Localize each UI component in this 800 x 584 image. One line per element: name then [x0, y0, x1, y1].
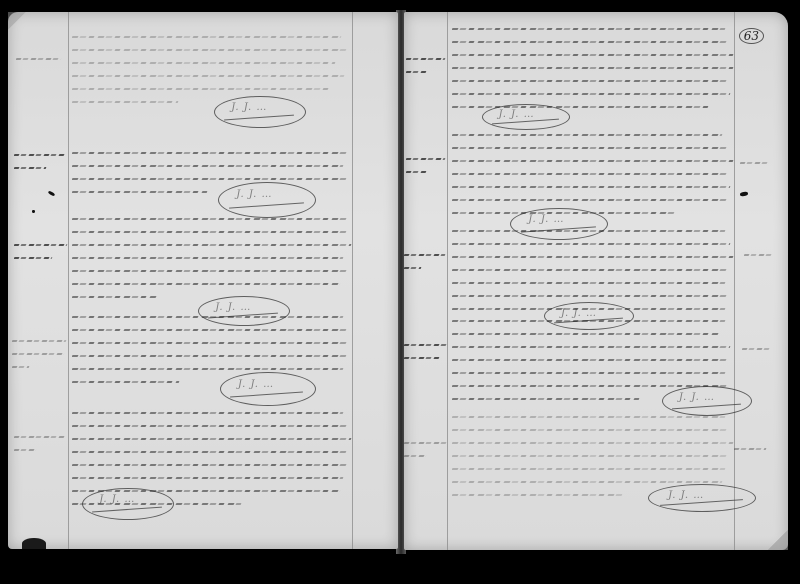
ink-blot [740, 191, 749, 196]
signature: J. J. … [220, 372, 316, 406]
corner-fold [768, 530, 788, 550]
right-margin-note: … [734, 442, 774, 455]
corner-fold [8, 12, 26, 30]
left-page: … J. J. … … …ll … hijo J. J. … En … y … [8, 12, 398, 549]
register-entry: En … y … [72, 212, 354, 303]
right-margin-note: … [740, 156, 776, 169]
right-page: 63 En … y … …Martinez … hijo J. J. … En … [404, 12, 788, 550]
margin-note: … … hijo [404, 436, 448, 462]
right-margin-note: … [742, 342, 778, 355]
margin-note: … Antonio … hijo [404, 248, 446, 274]
right-margin-note: … [744, 248, 780, 261]
margin-note: …ll Ramos … hijo [406, 152, 446, 178]
margin-note: …Carlos … hijo [404, 338, 448, 364]
ink-blot [48, 190, 56, 196]
margin-note: … hijo [12, 334, 68, 373]
ink-blot [32, 210, 35, 213]
register-entry: En … y … [452, 128, 736, 219]
signature: J. J. … [648, 484, 756, 512]
margin-note: …ll … hijo [14, 148, 68, 174]
margin-note [16, 52, 66, 65]
register-entry: … [72, 30, 352, 108]
signature: J. J. … [214, 96, 306, 128]
signature: J. J. … [82, 488, 174, 520]
register-entry: En … y … [72, 310, 354, 388]
page-number: 63 [739, 28, 764, 44]
margin-rule [447, 12, 448, 550]
signature: J. J. … [482, 104, 570, 130]
page-tear [22, 538, 46, 549]
register-entry: … [72, 146, 354, 198]
margin-rule [68, 12, 69, 549]
register-entry: En … y … [452, 22, 736, 113]
margin-note: Carlos … hijo [14, 430, 68, 456]
margin-note: …Martinez … hijo [406, 52, 446, 78]
margin-note: Valerio … hijo [14, 238, 68, 264]
